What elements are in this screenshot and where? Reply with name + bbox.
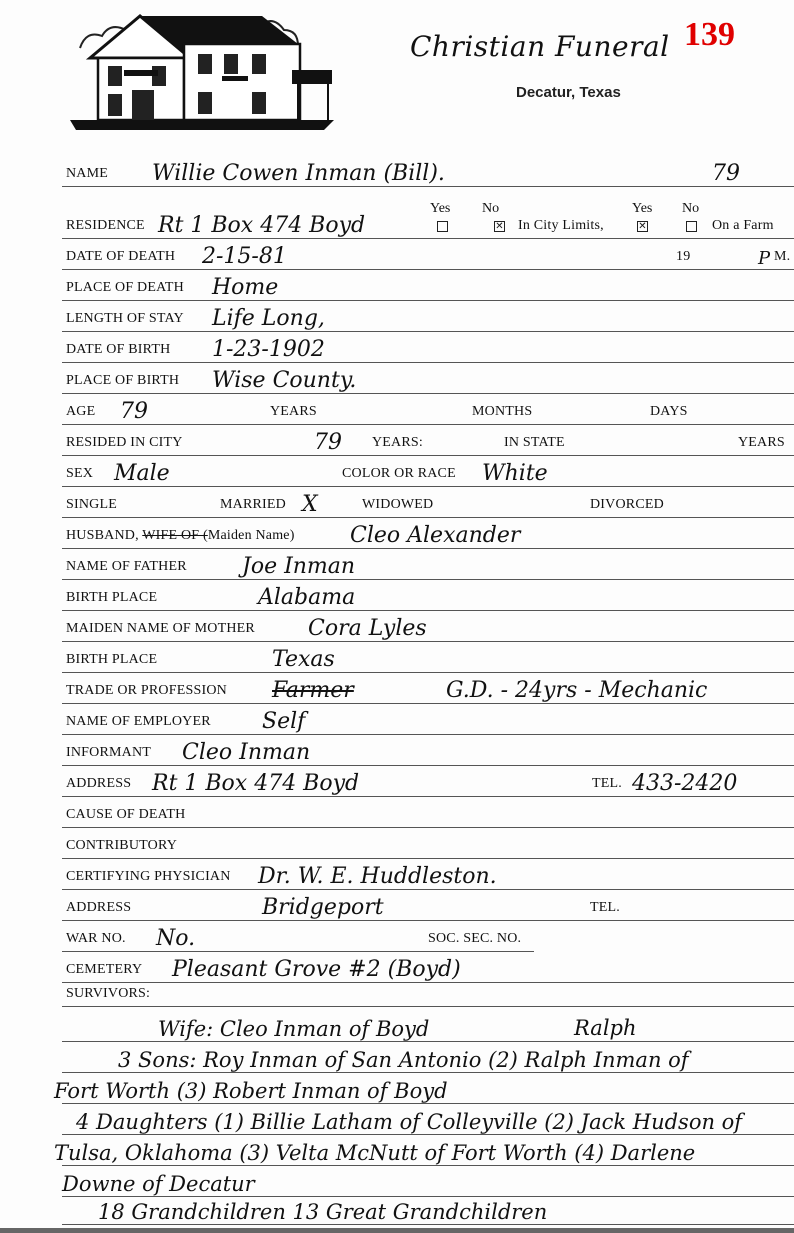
field-name: NAME Willie Cowen Inman (Bill). 79 <box>62 155 794 187</box>
farm-yes-label: Yes <box>632 201 652 217</box>
survivors-line-3: Fort Worth (3) Robert Inman of Boyd <box>62 1072 794 1104</box>
maiden-name-label: Maiden Name) <box>208 528 295 543</box>
city-limits-yes-label: Yes <box>430 201 450 217</box>
city-limits-no-label: No <box>482 201 499 217</box>
field-father-birthplace: BIRTH PLACE Alabama <box>62 579 794 611</box>
length-of-stay-value[interactable]: Life Long, <box>212 308 325 330</box>
sex-label: SEX <box>66 466 93 482</box>
field-father: NAME OF FATHER Joe Inman <box>62 548 794 580</box>
field-date-of-death: DATE OF DEATH 2-15-81 19 P M. <box>62 238 794 270</box>
funeral-record-page: Christian Funeral 139 Decatur, Texas NAM… <box>0 0 794 1233</box>
field-place-of-birth: PLACE OF BIRTH Wise County. <box>62 362 794 394</box>
wife-of-label-struck: WIFE OF ( <box>142 528 208 543</box>
funeral-home-building-logo <box>62 8 342 132</box>
survivors-line-4: 4 Daughters (1) Billie Latham of Colleyv… <box>62 1103 794 1135</box>
city-limits-yes-checkbox[interactable] <box>437 221 448 232</box>
survivors-line-5: Tulsa, Oklahoma (3) Velta McNutt of Fort… <box>62 1134 794 1166</box>
city-limits-no-checkbox[interactable]: ✕ <box>494 221 505 232</box>
tel-label: TEL. <box>592 776 622 792</box>
field-resided-in-city: RESIDED IN CITY 79 YEARS: IN STATE YEARS <box>62 424 794 456</box>
survivors-line-text[interactable]: Fort Worth (3) Robert Inman of Boyd <box>54 1081 448 1102</box>
farm-no-label: No <box>682 201 699 217</box>
time-of-death-value[interactable]: P <box>758 250 770 268</box>
business-city: Decatur, Texas <box>516 84 621 101</box>
field-contributory: CONTRIBUTORY <box>62 827 794 859</box>
in-state-label: IN STATE <box>504 435 565 451</box>
name-extra-age[interactable]: 79 <box>712 163 740 185</box>
field-place-of-death: PLACE OF DEATH Home <box>62 269 794 301</box>
business-name: Christian Funeral <box>410 30 670 63</box>
place-of-birth-label: PLACE OF BIRTH <box>66 373 179 389</box>
field-date-of-birth: DATE OF BIRTH 1-23-1902 <box>62 331 794 363</box>
divorced-option[interactable]: DIVORCED <box>590 497 664 513</box>
father-birthplace-label: BIRTH PLACE <box>66 590 157 606</box>
place-of-death-value[interactable]: Home <box>212 277 278 299</box>
husband-label-text: HUSBAND, <box>66 528 139 543</box>
record-number: 139 <box>684 16 735 54</box>
time-suffix-label: M. <box>774 249 790 265</box>
name-label: NAME <box>66 166 108 182</box>
survivors-line-text[interactable]: Tulsa, Oklahoma (3) Velta McNutt of Fort… <box>54 1143 695 1164</box>
widowed-option[interactable]: WIDOWED <box>362 497 433 513</box>
informant-label: INFORMANT <box>66 745 151 761</box>
city-limits-label: In City Limits, <box>518 218 604 234</box>
mother-birthplace-value[interactable]: Texas <box>272 649 335 671</box>
physician-address-label: ADDRESS <box>66 900 131 916</box>
mother-value[interactable]: Cora Lyles <box>308 618 427 640</box>
resided-in-city-label: RESIDED IN CITY <box>66 435 183 451</box>
date-of-birth-value[interactable]: 1-23-1902 <box>212 339 325 361</box>
field-length-of-stay: LENGTH OF STAY Life Long, <box>62 300 794 332</box>
page-bottom-edge <box>0 1228 794 1233</box>
field-residence: RESIDENCE Rt 1 Box 474 Boyd Yes No ✕ In … <box>62 207 794 239</box>
age-months-label: MONTHS <box>472 404 532 420</box>
single-option[interactable]: SINGLE <box>66 497 117 513</box>
trade-value[interactable]: G.D. - 24yrs - Mechanic <box>446 680 707 702</box>
farm-label: On a Farm <box>712 218 774 234</box>
residence-value[interactable]: Rt 1 Box 474 Boyd <box>158 215 365 237</box>
field-informant: INFORMANT Cleo Inman <box>62 734 794 766</box>
field-cause-of-death: CAUSE OF DEATH <box>62 796 794 828</box>
resided-years-label: YEARS: <box>372 435 423 451</box>
physician-value[interactable]: Dr. W. E. Huddleston. <box>258 866 497 888</box>
trade-label: TRADE OR PROFESSION <box>66 683 227 699</box>
residence-label: RESIDENCE <box>66 218 145 234</box>
ssn-label: SOC. SEC. NO. <box>428 931 521 947</box>
field-physician: CERTIFYING PHYSICIAN Dr. W. E. Huddlesto… <box>62 858 794 890</box>
field-employer: NAME OF EMPLOYER Self <box>62 703 794 735</box>
informant-value[interactable]: Cleo Inman <box>182 742 310 764</box>
race-value[interactable]: White <box>482 463 548 485</box>
physician-label: CERTIFYING PHYSICIAN <box>66 869 231 885</box>
survivors-line-6: Downe of Decatur <box>62 1165 794 1197</box>
date-of-death-label: DATE OF DEATH <box>66 249 175 265</box>
year-prefix-label: 19 <box>676 249 690 265</box>
field-age: AGE 79 YEARS MONTHS DAYS <box>62 393 794 425</box>
father-label: NAME OF FATHER <box>66 559 187 575</box>
race-label: COLOR OR RACE <box>342 466 456 482</box>
field-cemetery: CEMETERY Pleasant Grove #2 (Boyd) <box>62 951 794 983</box>
contributory-label: CONTRIBUTORY <box>66 838 177 854</box>
survivors-line-text[interactable]: Wife: Cleo Inman of Boyd <box>158 1019 429 1040</box>
field-marital-status: SINGLE MARRIED X WIDOWED DIVORCED <box>62 486 794 518</box>
name-value[interactable]: Willie Cowen Inman (Bill). <box>152 163 445 185</box>
married-option[interactable]: MARRIED <box>220 497 286 513</box>
address-label: ADDRESS <box>66 776 131 792</box>
survivors-label: SURVIVORS: <box>66 986 150 1002</box>
cause-of-death-label: CAUSE OF DEATH <box>66 807 185 823</box>
field-mother-birthplace: BIRTH PLACE Texas <box>62 641 794 673</box>
survivors-line-2: 3 Sons: Roy Inman of San Antonio (2) Ral… <box>62 1041 794 1073</box>
field-war-no: WAR NO. No. SOC. SEC. NO. <box>62 920 534 952</box>
father-birthplace-value[interactable]: Alabama <box>258 587 355 609</box>
married-mark: X <box>302 494 318 516</box>
physician-tel-label: TEL. <box>590 900 620 916</box>
tel-value[interactable]: 433-2420 <box>632 773 737 795</box>
war-no-label: WAR NO. <box>66 931 126 947</box>
age-years-label: YEARS <box>270 404 317 420</box>
field-physician-address: ADDRESS Bridgeport TEL. <box>62 889 794 921</box>
place-of-birth-value[interactable]: Wise County. <box>212 370 356 392</box>
field-spouse: HUSBAND, WIFE OF (Maiden Name) Cleo Alex… <box>62 517 794 549</box>
trade-struck-value: Farmer <box>272 680 354 702</box>
cemetery-value[interactable]: Pleasant Grove #2 (Boyd) <box>172 959 461 981</box>
length-of-stay-label: LENGTH OF STAY <box>66 311 184 327</box>
survivors-line-text[interactable]: Downe of Decatur <box>62 1174 255 1195</box>
field-address: ADDRESS Rt 1 Box 474 Boyd TEL. 433-2420 <box>62 765 794 797</box>
farm-no-checkbox[interactable] <box>686 221 697 232</box>
survivors-line-7: 18 Grandchildren 13 Great Grandchildren <box>62 1196 794 1225</box>
field-trade: TRADE OR PROFESSION Farmer G.D. - 24yrs … <box>62 672 794 704</box>
date-of-birth-label: DATE OF BIRTH <box>66 342 170 358</box>
farm-yes-checkbox[interactable]: ✕ <box>637 221 648 232</box>
address-value[interactable]: Rt 1 Box 474 Boyd <box>152 773 359 795</box>
age-days-label: DAYS <box>650 404 688 420</box>
survivors-line-1: Wife: Cleo Inman of Boyd Ralph <box>62 1010 794 1042</box>
sex-value[interactable]: Male <box>114 463 170 485</box>
place-of-death-label: PLACE OF DEATH <box>66 280 184 296</box>
mother-label: MAIDEN NAME OF MOTHER <box>66 621 255 637</box>
field-sex-race: SEX Male COLOR OR RACE White <box>62 455 794 487</box>
date-of-death-value[interactable]: 2-15-81 <box>202 246 287 268</box>
employer-label: NAME OF EMPLOYER <box>66 714 211 730</box>
war-no-value[interactable]: No. <box>156 928 195 950</box>
field-survivors: SURVIVORS: <box>62 982 794 1007</box>
employer-value[interactable]: Self <box>262 711 305 733</box>
mother-birthplace-label: BIRTH PLACE <box>66 652 157 668</box>
father-value[interactable]: Joe Inman <box>242 556 355 578</box>
survivors-line-text[interactable]: 18 Grandchildren 13 Great Grandchildren <box>98 1202 547 1223</box>
cemetery-label: CEMETERY <box>66 962 142 978</box>
spouse-value[interactable]: Cleo Alexander <box>350 525 520 547</box>
survivors-line-text[interactable]: 3 Sons: Roy Inman of San Antonio (2) Ral… <box>118 1050 689 1071</box>
age-label: AGE <box>66 404 95 420</box>
husband-label: HUSBAND, WIFE OF (Maiden Name) <box>66 528 295 544</box>
physician-address-value[interactable]: Bridgeport <box>262 897 384 919</box>
field-mother: MAIDEN NAME OF MOTHER Cora Lyles <box>62 610 794 642</box>
resided-in-city-value[interactable]: 79 <box>314 432 342 454</box>
in-state-years-label: YEARS <box>738 435 785 451</box>
age-value[interactable]: 79 <box>120 401 148 423</box>
survivors-insert-ralph: Ralph <box>574 1018 637 1039</box>
survivors-line-text[interactable]: 4 Daughters (1) Billie Latham of Colleyv… <box>76 1112 742 1133</box>
